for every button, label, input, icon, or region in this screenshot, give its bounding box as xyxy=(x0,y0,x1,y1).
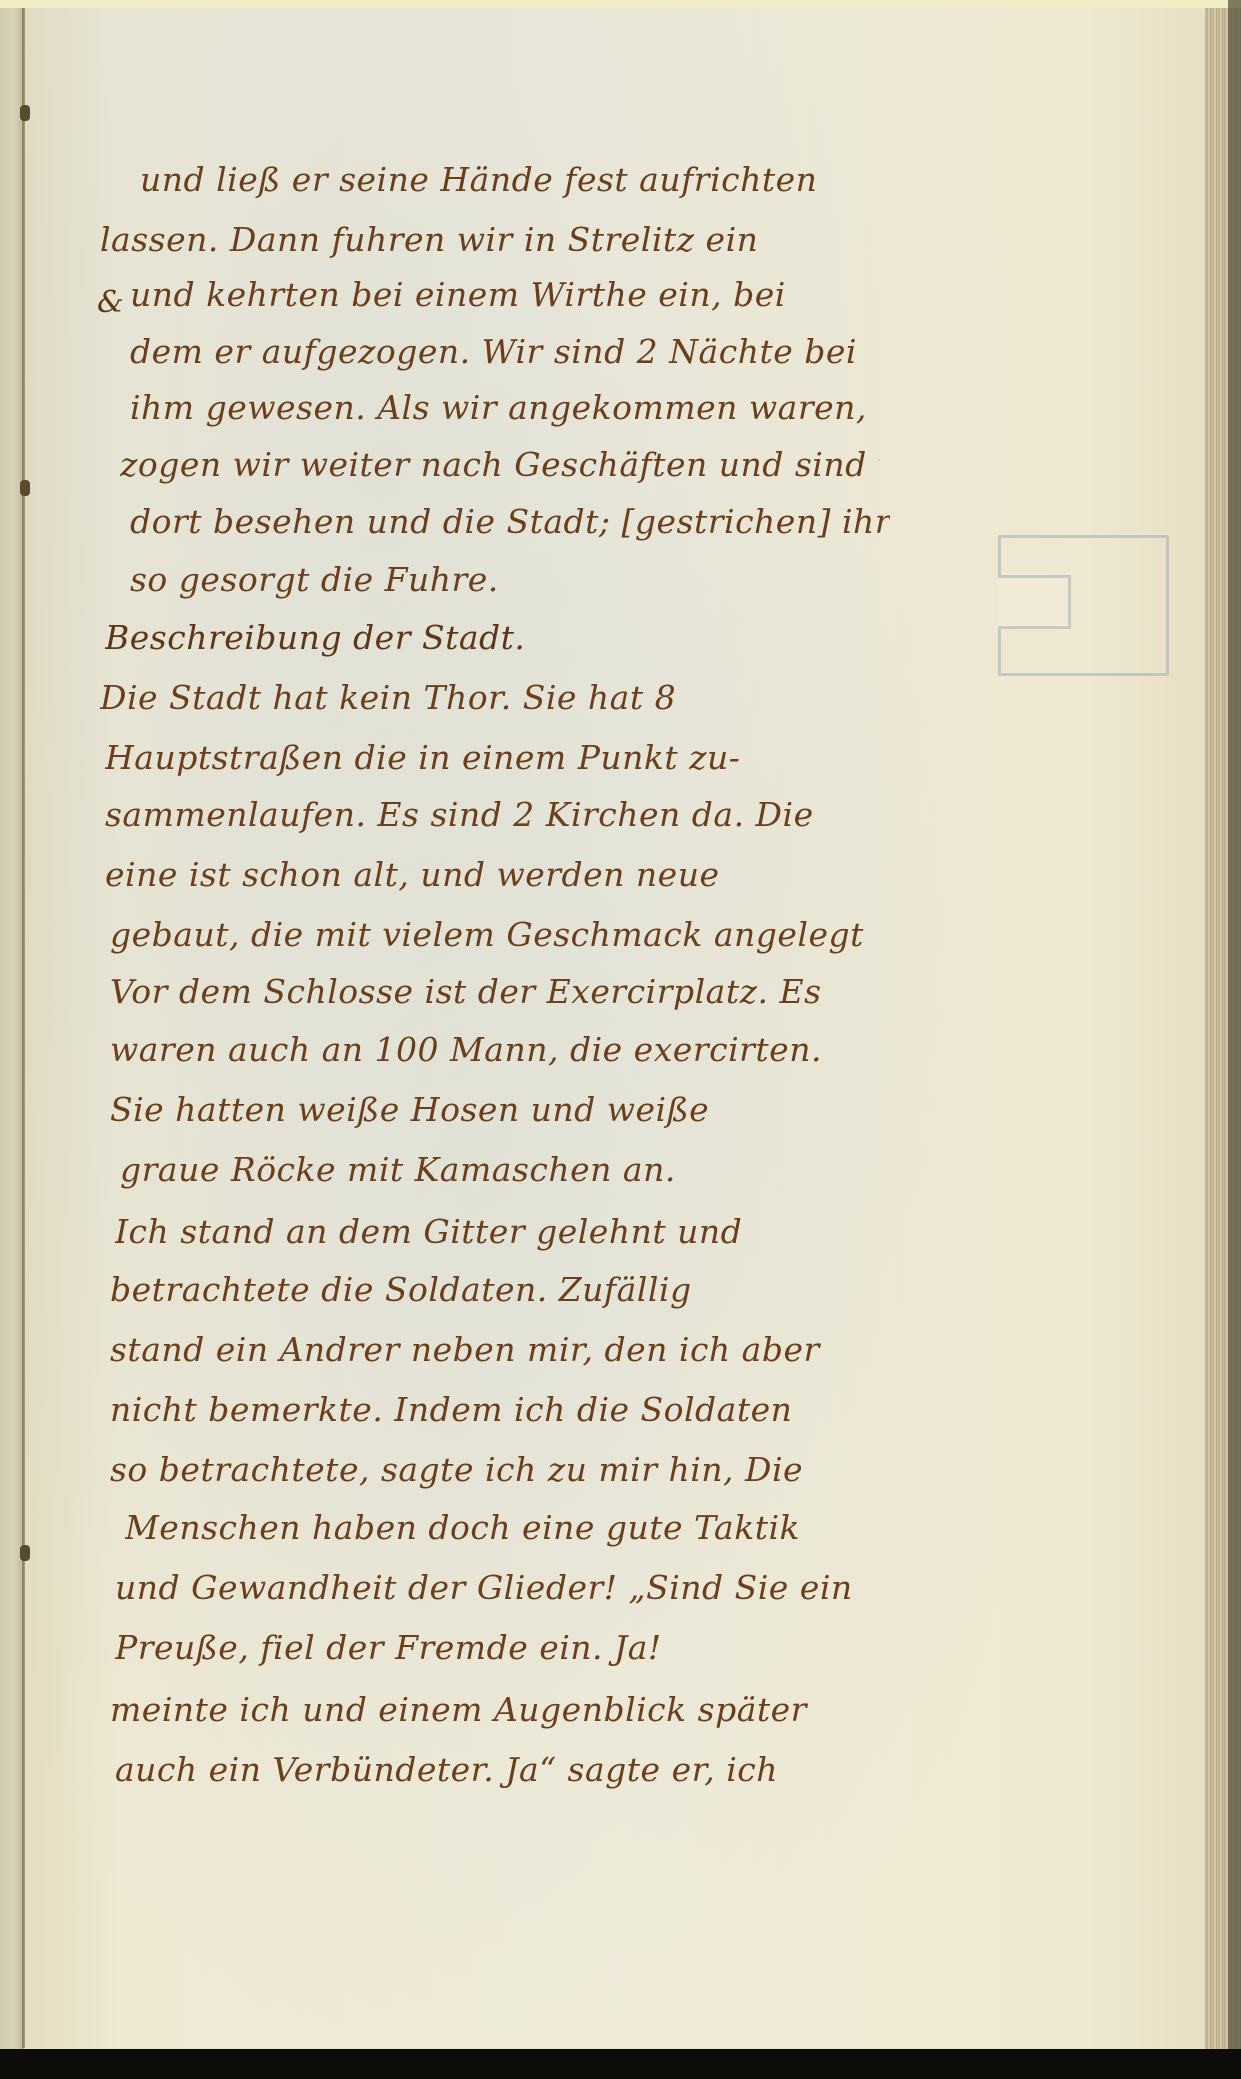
text-line: ihm gewesen. Als wir angekommen waren, xyxy=(130,388,890,427)
bleed-through-stamp-notch xyxy=(998,575,1071,629)
text-line: stand ein Andrer neben mir, den ich aber xyxy=(110,1330,870,1369)
binding-thread-icon xyxy=(20,480,30,496)
text-line: graue Röcke mit Kamaschen an. xyxy=(120,1150,880,1189)
text-line: Die Stadt hat kein Thor. Sie hat 8 xyxy=(100,678,860,717)
text-line: dort besehen und die Stadt; [gestrichen]… xyxy=(130,502,890,541)
text-line: Vor dem Schlosse ist der Exercirplatz. E… xyxy=(110,972,870,1011)
text-line: auch ein Verbündeter. Ja“ sagte er, ich xyxy=(115,1750,875,1789)
binding-thread-icon xyxy=(20,1545,30,1561)
text-line: gebaut, die mit vielem Geschmack angeleg… xyxy=(110,915,870,954)
text-line: waren auch an 100 Mann, die exercirten. xyxy=(110,1030,870,1069)
text-line: zogen wir weiter nach Geschäften und sin… xyxy=(120,445,880,484)
scan-bottom-shadow xyxy=(0,2049,1241,2079)
text-line: betrachtete die Soldaten. Zufällig xyxy=(110,1270,870,1309)
facing-page-edge xyxy=(0,8,24,2053)
scan-top-border xyxy=(0,0,1241,8)
text-line: so gesorgt die Fuhre. xyxy=(130,560,890,599)
text-line: meinte ich und einem Augenblick später xyxy=(110,1690,870,1729)
text-line: dem er aufgezogen. Wir sind 2 Nächte bei xyxy=(130,332,890,371)
binding-thread-icon xyxy=(20,105,30,121)
book-edge-shadow xyxy=(1228,0,1241,2079)
text-line: eine ist schon alt, und werden neue xyxy=(105,855,865,894)
text-line: sammenlaufen. Es sind 2 Kirchen da. Die xyxy=(105,795,865,834)
manuscript-page xyxy=(25,8,1205,2048)
text-line: so betrachtete, sagte ich zu mir hin, Di… xyxy=(110,1450,870,1489)
text-line: und kehrten bei einem Wirthe ein, bei xyxy=(130,275,890,314)
text-line: Ich stand an dem Gitter gelehnt und xyxy=(115,1212,875,1251)
margin-insertion-mark: & xyxy=(97,285,124,320)
text-line: Menschen haben doch eine gute Taktik xyxy=(125,1508,885,1547)
text-line: nicht bemerkte. Indem ich die Soldaten xyxy=(110,1390,870,1429)
text-line: und Gewandheit der Glieder! „Sind Sie ei… xyxy=(115,1568,875,1607)
text-line: Sie hatten weiße Hosen und weiße xyxy=(110,1090,870,1129)
binding-gutter xyxy=(22,8,25,2048)
text-line: Preuße, fiel der Fremde ein. Ja! xyxy=(115,1628,875,1667)
text-line: lassen. Dann fuhren wir in Strelitz ein xyxy=(100,220,860,259)
text-line: und ließ er seine Hände fest aufrichten xyxy=(140,160,900,199)
section-heading: Beschreibung der Stadt. xyxy=(105,618,865,657)
text-line: Hauptstraßen die in einem Punkt zu- xyxy=(105,738,865,777)
